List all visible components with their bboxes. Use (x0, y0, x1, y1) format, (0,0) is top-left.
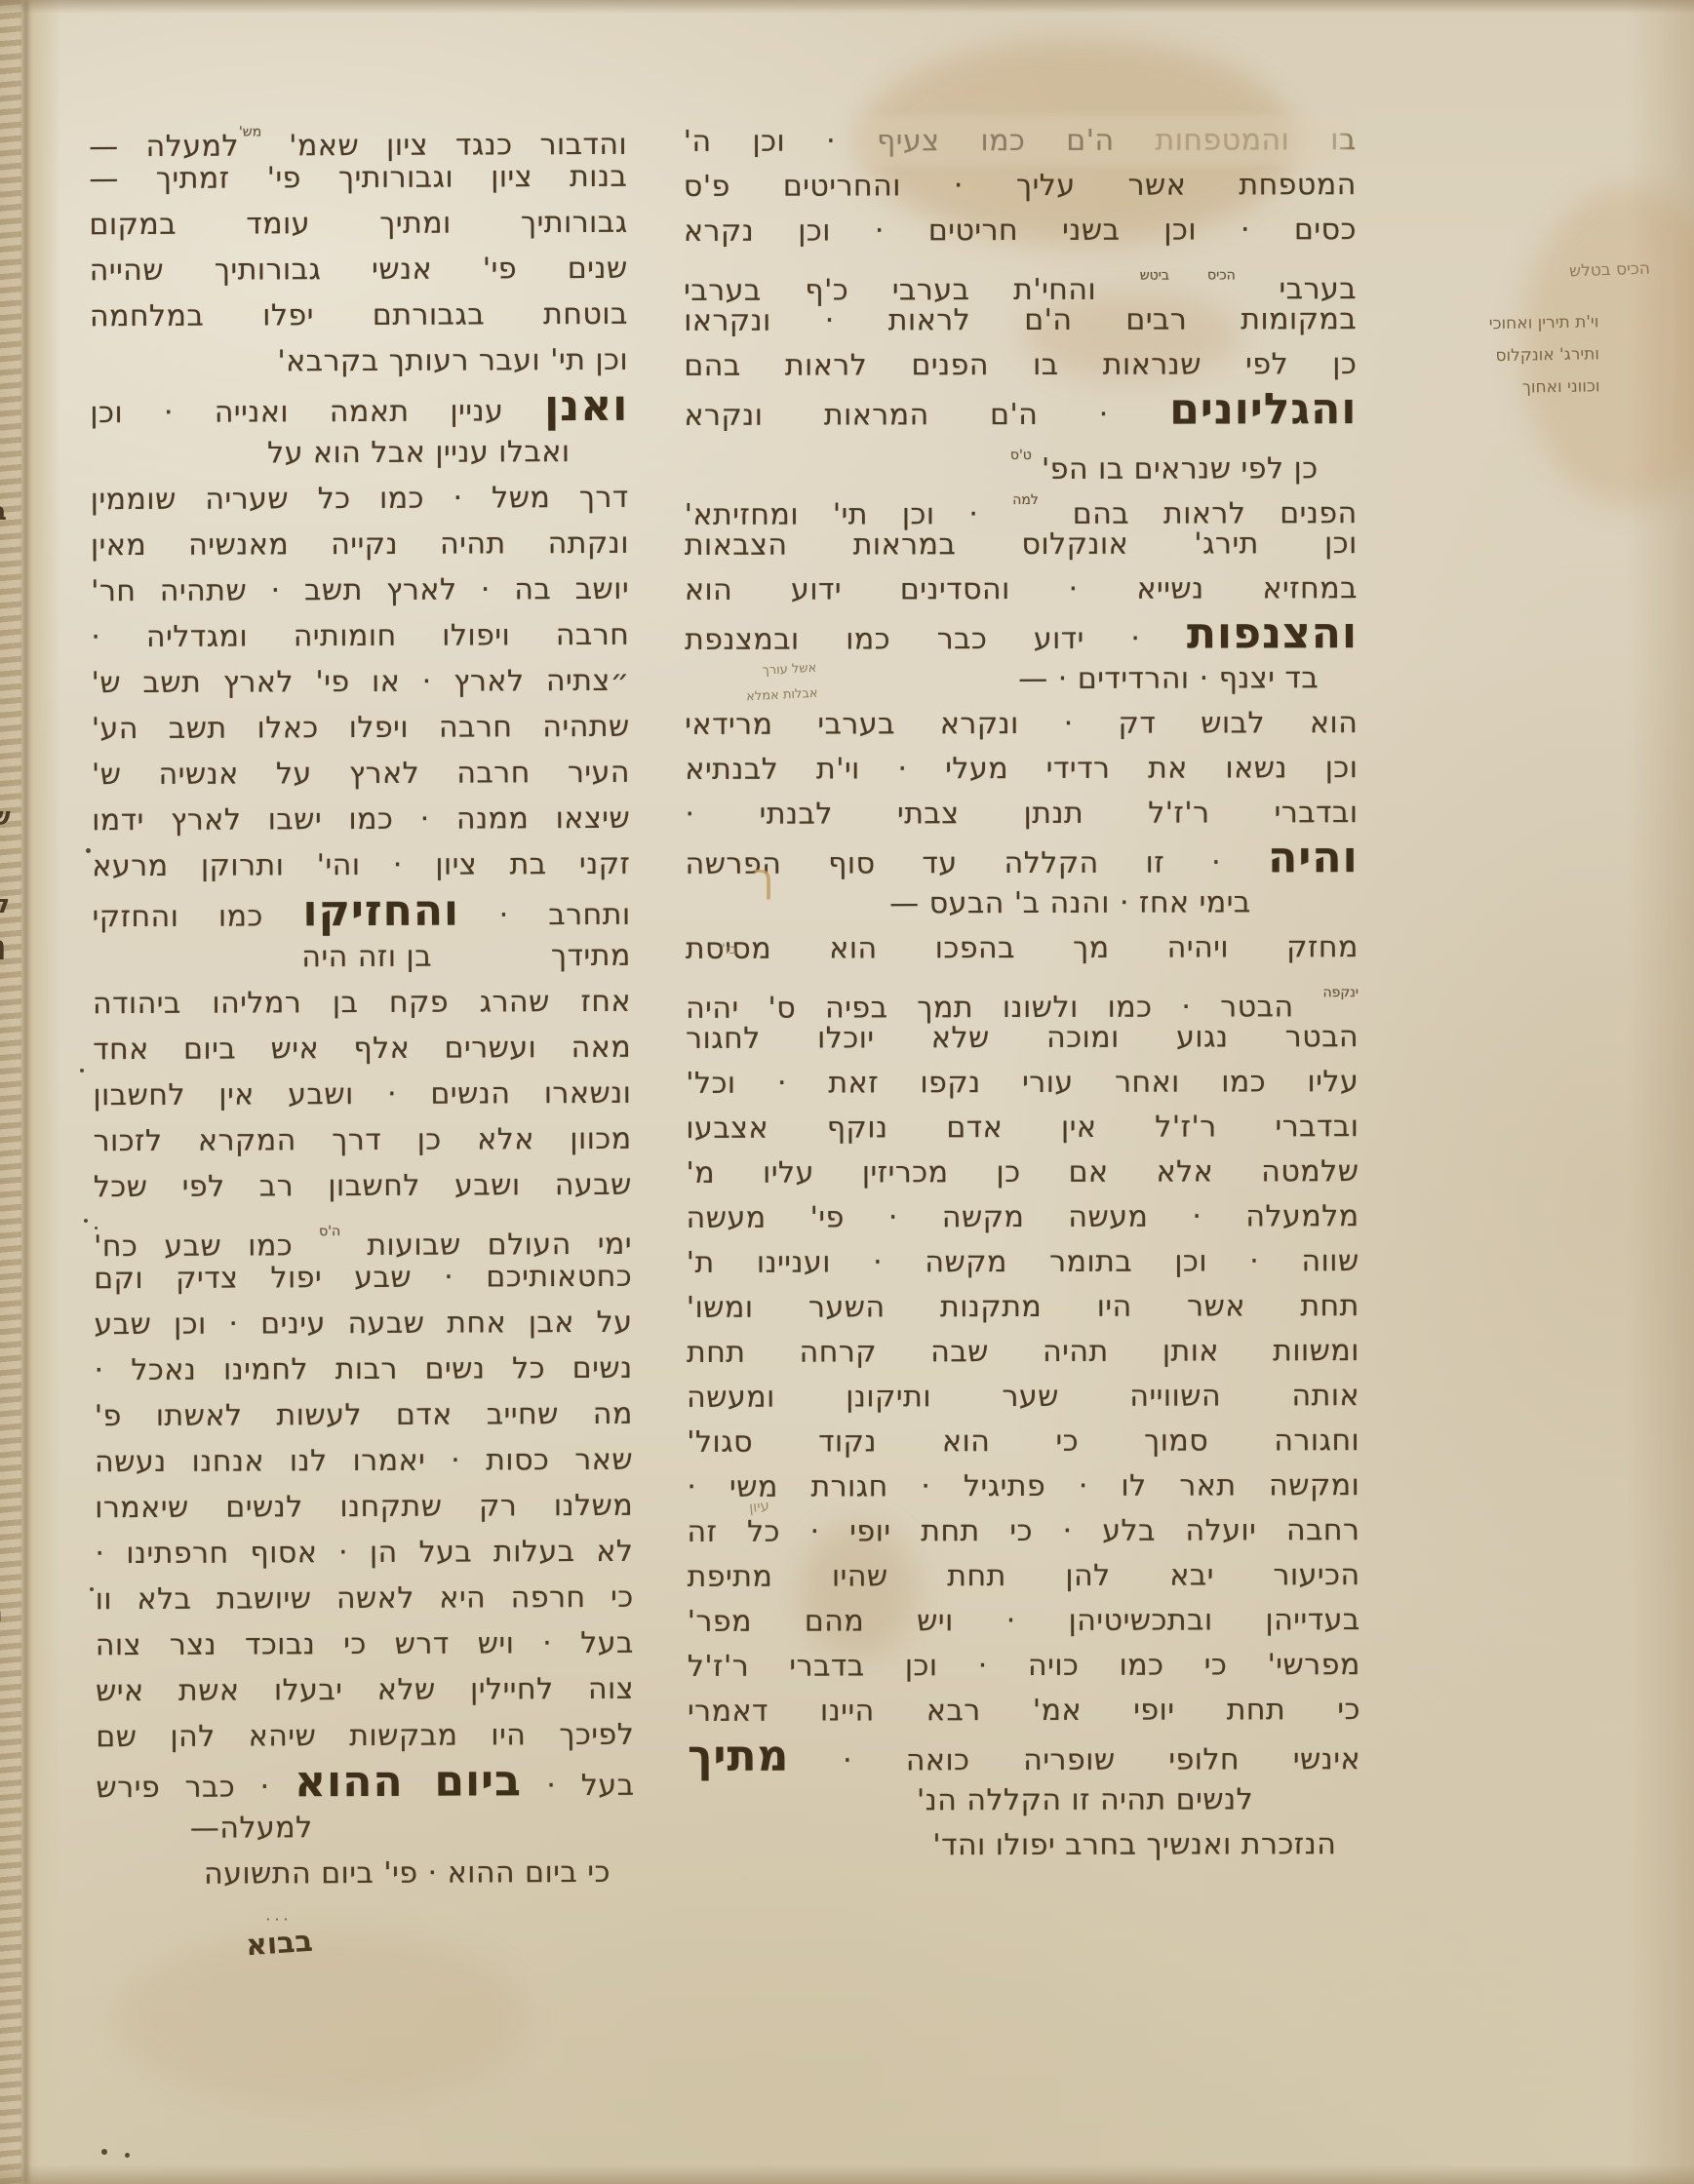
line-text: במחזיא נשייא · והסדינים ידוע הוא (685, 571, 1358, 607)
letter-fragment: ו (0, 1302, 20, 1331)
line-text: אינשי חלופי שופריה כואה · (789, 1742, 1360, 1778)
manuscript-line: ינקפה הבטר · כמו ולשונו תמך בפיה ס' יהיה (686, 970, 1359, 1017)
manuscript-line: צוה לחיילין שלא יבעלו אשת איש (96, 1666, 634, 1714)
gutter-faint-gloss: עיון (748, 1497, 770, 1516)
manuscript-line: מחזק ויהיה מך בהפכו הוא מסיסת (686, 925, 1359, 972)
line-text: למעלה— (190, 1811, 313, 1846)
manuscript-line: למעלה— (97, 1804, 635, 1852)
manuscript-line: אחז שהרג פקח בן רמליהו ביהודה (93, 979, 631, 1027)
manuscript-line: שווה · וכן בתומר מקשה · ועניינו ת' (687, 1239, 1359, 1286)
manuscript-line: שבעה ושבע לחשבון רב לפי שכל (94, 1162, 632, 1210)
line-text: הנזכרת ואנשיך בחרב יפולו והד' (932, 1827, 1336, 1862)
ink-speck (84, 1219, 88, 1223)
manuscript-line: בעדייהן ובתכשיטיהן · ויש מהם מפר' (688, 1598, 1360, 1645)
line-text: שנים פי' אנשי גבורותיך שהייה (90, 252, 628, 288)
text-column-second: והדבור כנגד ציון שאמ' מש'למעלה —בנות ציו… (89, 108, 635, 1897)
manuscript-line: שתהיה חרבה ויפלו כאלו תשב הע' (92, 704, 630, 752)
line-text: מכוון אלא כן דרך המקרא לזכור (94, 1122, 632, 1158)
manuscript-line: יושב בה · לארץ תשב · שתהיה חר' (91, 566, 629, 614)
line-text: שווה · וכן בתומר מקשה · ועניינו ת' (687, 1244, 1359, 1280)
line-text: לפיכך היו מבקשות שיהא להן שם (96, 1718, 634, 1754)
manuscript-line: ומקשה תאר לו · פתיגיל · חגורת משי · (687, 1463, 1359, 1510)
line-text: בד יצנף · והרדידים · — (1018, 661, 1319, 696)
line-text: גבורותיך ומתיך עומד במקום (89, 206, 627, 242)
manuscript-line: ונקתה תהיה נקייה מאנשיה מאין (91, 521, 629, 568)
manuscript-line: לא בעלות בעל הן · אסוף חרפתינו · (95, 1529, 633, 1577)
manuscript-line: מכוון אלא כן דרך המקרא לזכור (94, 1116, 632, 1164)
manuscript-line: במקומות רבים ה'ם לראות · ונקראו (684, 297, 1357, 344)
lemma-word: והיה (1268, 833, 1359, 882)
manuscript-line: כסים · וכן בשני חריטים · וכן נקרא (684, 208, 1357, 254)
manuscript-line: כן לפי שנראות בו הפנים לראות בהם (684, 342, 1357, 389)
line-text: · כבר פירש (96, 1770, 295, 1805)
line-text: חרבה ויפולו חומותיה ומגדליה · (91, 618, 629, 654)
lemma-word: ואנן (544, 381, 628, 431)
letter-fragment: נ (0, 1599, 20, 1628)
line-text: בעל · ויש דרש כי נבוכד נצר צוה (96, 1626, 634, 1662)
manuscript-line: שנים פי' אנשי גבורותיך שהייה (90, 246, 628, 293)
manuscript-line: העיר חרבה לארץ על אנשיה ש' (92, 750, 630, 798)
quire-mark: ך (753, 856, 773, 901)
manuscript-line: והיה · זו הקללה עד סוף הפרשה (686, 836, 1359, 882)
ink-speck (86, 848, 91, 853)
manuscript-line: רחבה יועלה בלע · כי תחת יופי · כל זה (687, 1508, 1359, 1555)
line-text: וחגורה סמוך כי הוא נקוד סגול' (687, 1423, 1359, 1460)
line-text: כסים · וכן בשני חריטים · וכן נקרא (684, 213, 1357, 249)
gutter-correction: בו' (722, 942, 737, 957)
ragged-parchment-edge (0, 0, 21, 2184)
line-text: וכן תירג' אונקלוס במראות הצבאות (685, 526, 1358, 563)
lemma-word: והצנפות (1187, 608, 1358, 658)
gutter-gloss: אשל עורך אבלות אמלא (693, 656, 819, 714)
line-text: במקומות רבים ה'ם לראות · ונקראו (684, 302, 1357, 338)
catchword-block: ··· בבוא (230, 1913, 328, 1961)
manuscript-line: הנזכרת ואנשיך בחרב יפולו והד' (688, 1822, 1360, 1869)
manuscript-line: זקני בת ציון · והי' ותרוקן מרעא (92, 841, 630, 889)
line-text: בעל · (522, 1769, 635, 1804)
manuscript-line: משלנו רק שתקחנו לנשים שיאמרו (95, 1483, 633, 1531)
manuscript-line: גבורותיך ומתיך עומד במקום (89, 200, 627, 248)
interlinear-gloss: ט'ס (1010, 448, 1032, 463)
manuscript-line: בעל · ביום ההוא · כבר פירש (96, 1758, 634, 1806)
letter-fragment: ק (0, 890, 20, 919)
line-text: הוא לבוש דק · ונקרא בערבי מרידאי (685, 706, 1358, 742)
manuscript-page: בשקךונ בו והמטפחות ה'ם כמו צעיף · וכן ה'… (0, 0, 1694, 2184)
line-text: דרך משל · כמו כל שעריה שוממין (91, 481, 629, 517)
margin-gloss-line: וי'ת תירין ואחוכי (1407, 306, 1599, 341)
line-text: ונקתה תהיה נקייה מאנשיה מאין (91, 526, 629, 563)
manuscript-line: כן לפי שנראים בו הפ' ט'ס (684, 432, 1357, 479)
manuscript-line: הכיעור יבא להן תחת שהיו מתיפת (688, 1553, 1360, 1600)
lemma-word: ביום ההוא (295, 1756, 522, 1807)
line-text: בנות ציון וגבורותיך פי' זמתיך — (89, 160, 627, 196)
line-text: העיר חרבה לארץ על אנשיה ש' (92, 756, 630, 792)
line-text: מחזק ויהיה מך בהפכו הוא מסיסת (686, 930, 1359, 966)
interlinear-gloss: מש' (239, 124, 261, 139)
manuscript-line: בנות ציון וגבורותיך פי' זמתיך — (89, 154, 627, 202)
manuscript-line: לנשים תהיה זו הקללה הנ' (688, 1777, 1360, 1824)
line-text: ומקשה תאר לו · פתיגיל · חגורת משי · (687, 1468, 1359, 1504)
line-text: שיצאו ממנה · כמו ישבו לארץ ידמו (92, 801, 630, 838)
catchword-dots: ··· (230, 1913, 328, 1927)
line-text: ובדברי ר'ז'ל תנתן צבתי לבנתי · (685, 796, 1358, 832)
manuscript-line: תחת אשר היו מתקנות השער ומשו' (687, 1284, 1359, 1331)
line-text: תחת אשר היו מתקנות השער ומשו' (687, 1289, 1359, 1325)
manuscript-line: והצנפות · ידוע כבר כמו ובמצנפת (685, 611, 1358, 658)
manuscript-line: ואבלו עניין אבל הוא על (90, 429, 628, 477)
margin-gloss-block: וי'ת תירין ואחוכיותירג' אונקלוסוכווני וא… (1407, 306, 1600, 406)
interlinear-gloss: למה (1012, 492, 1039, 508)
line-text: על אבן אחת שבעה עינים · וכן שבע (94, 1306, 632, 1342)
interlinear-gloss: ה'ס (319, 1224, 340, 1239)
line-text: וכן תי' ועבר רעותך בקרבא' (277, 343, 628, 379)
manuscript-line: וחגורה סמוך כי הוא נקוד סגול' (687, 1419, 1359, 1465)
letter-fragment: ך (0, 931, 20, 960)
manuscript-line: מאה ועשרים אלף איש ביום אחד (93, 1025, 631, 1072)
manuscript-line: וכן תי' ועבר רעותך בקרבא' (90, 337, 628, 385)
manuscript-line: ומשוות אותן תהיה שבה קרחה תחת (687, 1329, 1359, 1376)
manuscript-line: וכן תירג' אונקלוס במראות הצבאות (685, 522, 1358, 568)
page-right-edge (1626, 0, 1694, 2184)
line-text: כן לפי שנראות בו הפנים לראות בהם (684, 347, 1357, 383)
line-text: עניין תאמה ואנייה · וכן (90, 394, 544, 430)
line-text: כי תחת יופי אמ' רבא היינו דאמרי (688, 1693, 1360, 1729)
line-text: כי ביום ההוא · פי' ביום התשועה (204, 1855, 611, 1891)
interlinear-gloss: ינקפה (1322, 985, 1359, 1000)
manuscript-line: הבטר נגוע ומוכה שלא יוכלו לחגור (686, 1015, 1359, 1062)
manuscript-line: והדבור כנגד ציון שאמ' מש'למעלה — (89, 108, 627, 156)
lemma-word: והגליונים (1169, 384, 1357, 435)
line-text: לא בעלות בעל הן · אסוף חרפתינו · (95, 1535, 633, 1571)
line-text: אחז שהרג פקח בן רמליהו ביהודה (93, 985, 631, 1021)
line-text: נשים כל נשים רבות לחמינו נאכל · (95, 1351, 633, 1387)
line-text: הכיעור יבא להן תחת שהיו מתיפת (688, 1558, 1360, 1594)
line-text: כחטאותיכם · שבע יפול צדיק וקם (94, 1260, 632, 1296)
line-text: · ה'ם המראות ונקרא (684, 398, 1169, 433)
letter-fragment: ב (0, 497, 20, 526)
margin-gloss-line: ותירג' אונקלוס (1408, 338, 1600, 373)
line-text: ובדברי ר'ז'ל אין אדם נוקף אצבעו (686, 1110, 1359, 1146)
manuscript-line: ותחרב · והחזיקו כמו והחזקי (92, 887, 630, 935)
line-text: ותחרב · (459, 898, 631, 933)
catchword: בבוא (244, 1925, 313, 1964)
binding-crease (23, 0, 28, 2184)
manuscript-line: שאר כסות · יאמרו לנו אנחנו נעשה (95, 1437, 633, 1485)
manuscript-line: בערבי הכיס ביטש והחי'ת בערבי כ'ף בערבי (684, 253, 1357, 299)
line-text: מאה ועשרים אלף איש ביום אחד (93, 1031, 631, 1067)
line-text: ומשוות אותן תהיה שבה קרחה תחת (687, 1334, 1359, 1370)
line-text: בוטחת בגבורתם יפלו במלחמה (90, 297, 628, 333)
manuscript-line: נשים כל נשים רבות לחמינו נאכל · (95, 1345, 633, 1393)
manuscript-line: כי תחת יופי אמ' רבא היינו דאמרי (688, 1688, 1360, 1735)
line-text: רחבה יועלה בלע · כי תחת יופי · כל זה (687, 1513, 1359, 1549)
manuscript-line: בוטחת בגבורתם יפלו במלחמה (90, 292, 628, 339)
manuscript-line: מה שחייב אדם לעשות לאשתו פ' (95, 1391, 633, 1439)
line-text: בעדייהן ובתכשיטיהן · ויש מהם מפר' (688, 1603, 1360, 1639)
line-text: שתהיה חרבה ויפלו כאלו תשב הע' (92, 710, 630, 746)
line-text: המטפחת אשר עליך · והחריטים פ'ס (684, 168, 1357, 204)
manuscript-line: כי ביום ההוא · פי' ביום התשועה (97, 1850, 635, 1897)
manuscript-line: מפרשי' כי כמו כויה · וכן בדברי ר'ז'ל (688, 1643, 1360, 1690)
manuscript-line: כחטאותיכם · שבע יפול צדיק וקם (94, 1254, 632, 1302)
manuscript-line: כי חרפה היא לאשה שיושבת בלא וו (96, 1575, 634, 1622)
line-text: מלמעלה · מעשה מקשה · פי' מעשה (687, 1199, 1359, 1235)
line-text: וכן נשאו את רדידי מעלי · וי'ת לבנתיא (685, 751, 1358, 787)
line-text: משלנו רק שתקחנו לנשים שיאמרו (95, 1489, 633, 1525)
line-text: צוה לחיילין שלא יבעלו אשת איש (96, 1672, 634, 1708)
manuscript-line: על אבן אחת שבעה עינים · וכן שבע (94, 1300, 632, 1347)
line-text: שבעה ושבע לחשבון רב לפי שכל (94, 1168, 632, 1204)
manuscript-line: ״צתיה לארץ · או פי' לארץ תשב ש' (91, 658, 629, 706)
line-text: יושב בה · לארץ תשב · שתהיה חר' (91, 572, 629, 608)
page-bottom-edge (0, 2164, 1694, 2184)
manuscript-line: וכן נשאו את רדידי מעלי · וי'ת לבנתיא (685, 746, 1358, 793)
interlinear-gloss: הכיס ביטש (1140, 267, 1236, 283)
line-text: בימי אחז · והנה ב' הבעס — (889, 885, 1251, 920)
line-text: שאר כסות · יאמרו לנו אנחנו נעשה (95, 1443, 633, 1479)
lemma-word: והחזיקו (302, 886, 459, 937)
line-text: הבטר נגוע ומוכה שלא יוכלו לחגור (686, 1020, 1359, 1056)
manuscript-line: לפיכך היו מבקשות שיהא להן שם (96, 1712, 634, 1760)
manuscript-line: בעל · ויש דרש כי נבוכד נצר צוה (96, 1620, 634, 1668)
manuscript-line: שלמטה אלא אם כן מכריזין עליו מ' (686, 1150, 1359, 1196)
page-top-edge (0, 0, 1694, 14)
line-text: מתידך בן וזה היה (301, 939, 631, 974)
text-column-first: בו והמטפחות ה'ם כמו צעיף · וכן ה'המטפחת … (684, 118, 1361, 1869)
ink-speck (101, 2149, 107, 2155)
manuscript-line: דרך משל · כמו כל שעריה שוממין (91, 475, 629, 523)
manuscript-line: אותה השווייה שער ותיקונן ומעשה (687, 1374, 1359, 1421)
manuscript-line: ימי העולם שבועות ה'ס כמו שבע כח' (94, 1208, 632, 1256)
manuscript-line: אינשי חלופי שופריה כואה · מתיך (688, 1733, 1360, 1779)
line-text: זקני בת ציון · והי' ותרוקן מרעא (92, 847, 630, 883)
line-text: ״צתיה לארץ · או פי' לארץ תשב ש' (91, 664, 629, 700)
manuscript-line: שיצאו ממנה · כמו ישבו לארץ ידמו (92, 796, 630, 843)
manuscript-line: מלמעלה · מעשה מקשה · פי' מעשה (687, 1194, 1359, 1241)
line-text: · ידוע כבר כמו ובמצנפת (685, 622, 1187, 657)
manuscript-line: ובדברי ר'ז'ל תנתן צבתי לבנתי · (685, 791, 1358, 838)
line-text: כמו והחזקי (93, 899, 303, 934)
manuscript-line: ונשארו הנשים · ושבע אין לחשבון (93, 1071, 631, 1118)
line-text: מפרשי' כי כמו כויה · וכן בדברי ר'ז'ל (688, 1648, 1360, 1684)
line-text: כי חרפה היא לאשה שיושבת בלא וו (96, 1580, 634, 1617)
line-text: שלמטה אלא אם כן מכריזין עליו מ' (686, 1154, 1359, 1190)
line-text: מה שחייב אדם לעשות לאשתו פ' (95, 1397, 633, 1433)
line-text: לנשים תהיה זו הקללה הנ' (917, 1782, 1253, 1817)
line-text: אותה השווייה שער ותיקונן ומעשה (687, 1379, 1359, 1415)
line-text: עליו כמו ואחר עורי נקפו זאת · וכל' (686, 1065, 1359, 1101)
ink-speck (125, 2153, 130, 2158)
manuscript-line: עליו כמו ואחר עורי נקפו זאת · וכל' (686, 1060, 1359, 1107)
margin-gloss-line: וכווני ואחוך (1408, 370, 1600, 406)
line-text: ואבלו עניין אבל הוא על (267, 435, 571, 470)
manuscript-line: ובדברי ר'ז'ל אין אדם נוקף אצבעו (686, 1105, 1359, 1151)
manuscript-line: המטפחת אשר עליך · והחריטים פ'ס (684, 163, 1357, 210)
manuscript-line: בימי אחז · והנה ב' הבעס — (686, 880, 1359, 927)
manuscript-line: במחזיא נשייא · והסדינים ידוע הוא (685, 566, 1358, 613)
faded-ink-smudge (858, 115, 1346, 166)
lemma-word: מתיך (688, 1732, 789, 1781)
manuscript-line: מתידך בן וזה היה (93, 933, 631, 981)
ink-speck (90, 1587, 94, 1591)
letter-fragment: ש (0, 802, 20, 832)
manuscript-line: והגליונים · ה'ם המראות ונקרא (684, 387, 1357, 434)
manuscript-line: חרבה ויפולו חומותיה ומגדליה · (91, 612, 629, 660)
manuscript-line: ואנן עניין תאמה ואנייה · וכן (90, 383, 628, 431)
ink-speck (80, 1069, 84, 1072)
manuscript-line: הפנים לראות בהם למה · וכן תי' ומחזיתא' (685, 477, 1358, 524)
ink-speck (95, 1227, 98, 1229)
line-text: ונשארו הנשים · ושבע אין לחשבון (93, 1076, 631, 1112)
